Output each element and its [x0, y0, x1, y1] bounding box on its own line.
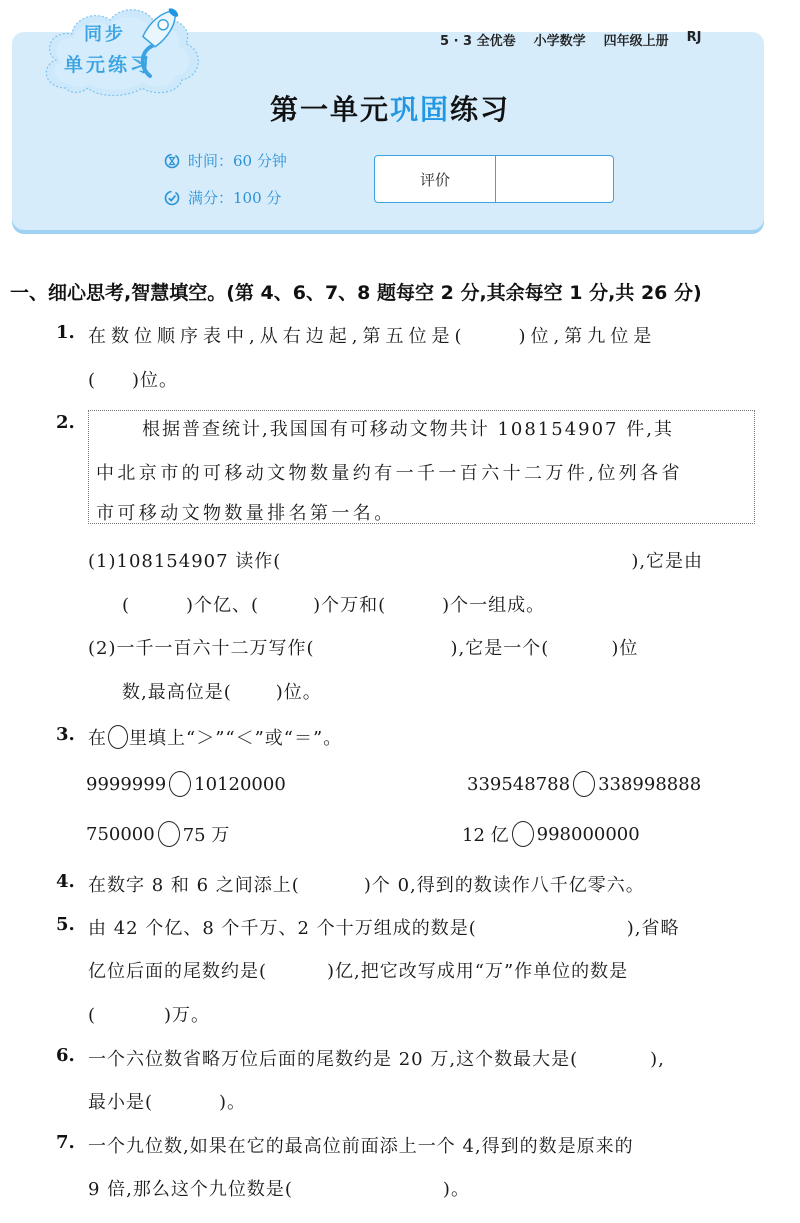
- comparison-right: 75 万: [183, 821, 230, 847]
- q2-text: 数,最高位是(: [122, 682, 232, 703]
- passage-line: 市可移动文物数量排名第一名。: [96, 499, 396, 525]
- q5-text: 亿位后面的尾数约是(: [88, 961, 267, 982]
- q7-text: 9 倍,那么这个九位数是(: [88, 1179, 293, 1200]
- full-score: 满分：100 分: [164, 187, 281, 208]
- q5-line3: ()万。: [88, 1001, 210, 1027]
- comparison-right: 338998888: [598, 774, 701, 795]
- title-prefix: 第一单元: [270, 93, 390, 126]
- comparison-left: 750000: [86, 824, 155, 845]
- comparison-left: 9999999: [86, 774, 166, 795]
- q6-text: 一个六位数省略万位后面的尾数约是 20 万,这个数最大是(: [88, 1049, 578, 1070]
- question-number: 2.: [56, 412, 75, 433]
- passage-line: 根据普查统计,我国国有可移动文物共计 108154907 件,其: [142, 415, 674, 441]
- q3-text: 在: [88, 724, 107, 750]
- series-name: 5 · 3 全优卷: [440, 30, 516, 50]
- comparison-left: 339548788: [467, 774, 570, 795]
- question-number: 5.: [56, 914, 75, 935]
- title-suffix: 练习: [450, 93, 510, 126]
- q2-text: (1)108154907 读作(: [88, 551, 281, 572]
- q1-line2: ()位。: [88, 366, 178, 392]
- unit-practice-badge: 同步 单元练习: [36, 0, 206, 100]
- q7-line2: 9 倍,那么这个九位数是()。: [88, 1175, 470, 1201]
- comparison-circle-icon: [108, 725, 128, 749]
- header-tab-notch: [400, 0, 764, 22]
- question-number: 7.: [56, 1132, 75, 1153]
- header-tab-curve: [388, 0, 412, 30]
- q6-line1: 一个六位数省略万位后面的尾数约是 20 万,这个数最大是(),: [88, 1045, 665, 1071]
- q4-line: 在数字 8 和 6 之间添上()个 0,得到的数读作八千亿零六。: [88, 871, 645, 897]
- page-title: 第一单元巩固练习: [0, 88, 780, 128]
- q1-text: 在数位顺序表中,从右边起,第五位是(: [88, 326, 466, 347]
- comparison-answer-circle[interactable]: [512, 821, 534, 847]
- hourglass-icon: [164, 153, 180, 169]
- q5-line2: 亿位后面的尾数约是()亿,把它改写成用“万”作单位的数是: [88, 957, 628, 983]
- q2-text: )位。: [276, 682, 322, 703]
- passage-line: 中北京市的可移动文物数量约有一千一百六十二万件,位列各省: [96, 459, 683, 485]
- comparison-right: 998000000: [537, 824, 640, 845]
- comparison-item: 339548788 338998888: [467, 771, 701, 797]
- question-number: 3.: [56, 724, 75, 745]
- comparison-item: 12 亿 998000000: [462, 821, 640, 847]
- grade: 四年级上册: [604, 30, 669, 50]
- q4-text: 在数字 8 和 6 之间添上(: [88, 875, 300, 896]
- q5-text: (: [88, 1005, 96, 1026]
- q2-text: )个亿、(: [186, 595, 259, 616]
- q2-text: ),它是由: [631, 551, 703, 572]
- q5-text: ),省略: [627, 918, 680, 939]
- q5-line1: 由 42 个亿、8 个千万、2 个十万组成的数是(),省略: [88, 914, 679, 940]
- q2-text: (: [122, 595, 130, 616]
- q4-text: )个 0,得到的数读作八千亿零六。: [364, 875, 645, 896]
- comparison-right: 10120000: [194, 774, 286, 795]
- q6-text: )。: [219, 1092, 246, 1113]
- edition: RJ: [687, 30, 702, 50]
- full-score-text: 满分：100 分: [188, 187, 281, 208]
- q5-text: )万。: [164, 1005, 210, 1026]
- q7-text: )。: [443, 1179, 470, 1200]
- question-number: 6.: [56, 1045, 75, 1066]
- comparison-answer-circle[interactable]: [158, 821, 180, 847]
- q3-prompt: 在里填上“＞”“＜”或“＝”。: [88, 724, 342, 750]
- q2-part1-line2: ()个亿、()个万和()个一组成。: [122, 591, 545, 617]
- time-limit-text: 时间：60 分钟: [188, 150, 287, 171]
- q7-line1: 一个九位数,如果在它的最高位前面添上一个 4,得到的数是原来的: [88, 1132, 634, 1158]
- q6-text: 最小是(: [88, 1092, 153, 1113]
- question-number: 1.: [56, 322, 75, 343]
- q2-part1-line1: (1)108154907 读作(),它是由: [88, 547, 703, 573]
- evaluation-label: 评价: [375, 156, 496, 202]
- subject: 小学数学: [534, 30, 586, 50]
- comparison-left: 12 亿: [462, 821, 509, 847]
- q2-text: )个万和(: [313, 595, 386, 616]
- series-info: 5 · 3 全优卷 小学数学 四年级上册 RJ: [440, 30, 702, 50]
- comparison-answer-circle[interactable]: [573, 771, 595, 797]
- q5-text: 由 42 个亿、8 个千万、2 个十万组成的数是(: [88, 918, 477, 939]
- q6-line2: 最小是()。: [88, 1088, 246, 1114]
- q2-text: )位: [611, 638, 638, 659]
- q5-text: )亿,把它改写成用“万”作单位的数是: [327, 961, 628, 982]
- q1-text: (: [88, 370, 96, 391]
- question-number: 4.: [56, 871, 75, 892]
- comparison-item: 9999999 10120000: [86, 771, 286, 797]
- comparison-answer-circle[interactable]: [169, 771, 191, 797]
- badge-line2: 单元练习: [64, 50, 152, 77]
- q6-text: ),: [650, 1049, 665, 1070]
- q3-text: 里填上“＞”“＜”或“＝”。: [129, 724, 342, 750]
- q2-text: ),它是一个(: [451, 638, 550, 659]
- q2-part2-line1: (2)一千一百六十二万写作(),它是一个()位: [88, 634, 638, 660]
- q2-part2-line2: 数,最高位是()位。: [122, 678, 322, 704]
- title-highlight: 巩固: [390, 93, 450, 126]
- evaluation-box: 评价: [374, 155, 614, 203]
- evaluation-field[interactable]: [496, 156, 613, 202]
- badge-line1: 同步: [84, 20, 126, 46]
- q1-text: )位。: [132, 370, 178, 391]
- time-limit: 时间：60 分钟: [164, 150, 287, 171]
- q1-line1: 在数位顺序表中,从右边起,第五位是()位,第九位是: [88, 322, 656, 348]
- comparison-item: 750000 75 万: [86, 821, 229, 847]
- q1-text: )位,第九位是: [518, 326, 656, 347]
- q2-text: )个一组成。: [442, 595, 545, 616]
- checkmark-circle-icon: [164, 190, 180, 206]
- section-heading: 一、细心思考,智慧填空。(第 4、6、7、8 题每空 2 分,其余每空 1 分,…: [10, 278, 702, 305]
- q2-text: (2)一千一百六十二万写作(: [88, 638, 315, 659]
